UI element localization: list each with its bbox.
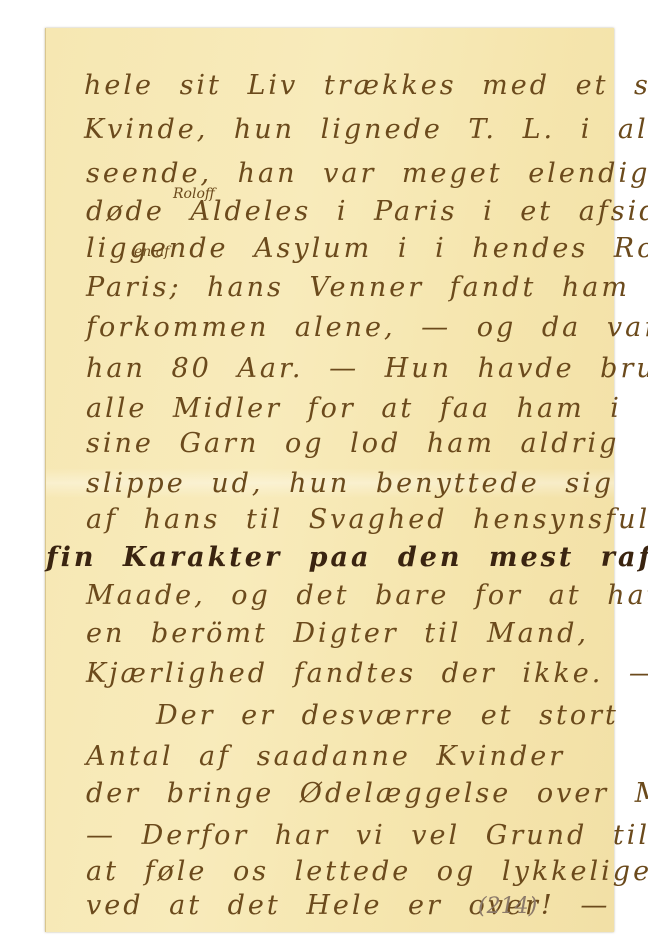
text-line-19: der bringe Ødelæggelse over Mænd.	[86, 778, 648, 809]
text-line-13: fin Karakter paa den mest raffinerede	[46, 542, 648, 573]
text-line-6: Paris; hans Venner fandt ham der	[86, 272, 648, 303]
text-line-4: døde Aldeles i Paris i et afsides-	[86, 196, 648, 227]
text-line-11: slippe ud, hun benyttede sig	[86, 468, 614, 499]
text-line-12: af hans til Svaghed hensynsfulde	[86, 504, 648, 535]
text-line-7: forkommen alene, — og da var	[86, 312, 648, 343]
text-line-8: han 80 Aar. — Hun havde brugt	[86, 353, 648, 384]
text-line-16: Kjærlighed fandtes der ikke. —	[86, 658, 648, 689]
text-line-21: at føle os lettede og lykkelige	[86, 856, 648, 887]
text-line-14: Maade, og det bare for at have	[86, 580, 648, 611]
text-line-5: liggende Asylum i i hendes Rolig i	[86, 233, 648, 264]
text-line-17: Der er desværre et stort	[156, 700, 619, 731]
text-line-10: sine Garn og lod ham aldrig	[86, 428, 619, 459]
insertion-en-af: en af	[134, 244, 169, 260]
text-line-15: en berömt Digter til Mand,	[86, 618, 589, 649]
text-line-3: seende, han var meget elendig,	[86, 158, 648, 189]
text-line-18: Antal af saadanne Kvinder	[86, 741, 565, 772]
text-line-2: Kvinde, hun lignede T. L. i alle Hen-	[84, 114, 648, 145]
text-line-1: hele sit Liv trækkes med et saadant	[84, 70, 648, 101]
text-line-9: alle Midler for at faa ham i	[86, 393, 622, 424]
text-line-20: — Derfor har vi vel Grund til	[86, 820, 648, 851]
insertion-roloff: Roloff	[173, 186, 215, 202]
page-number: (214)	[478, 894, 537, 919]
letter-page: hele sit Liv trækkes med et saadant Kvin…	[45, 28, 614, 932]
